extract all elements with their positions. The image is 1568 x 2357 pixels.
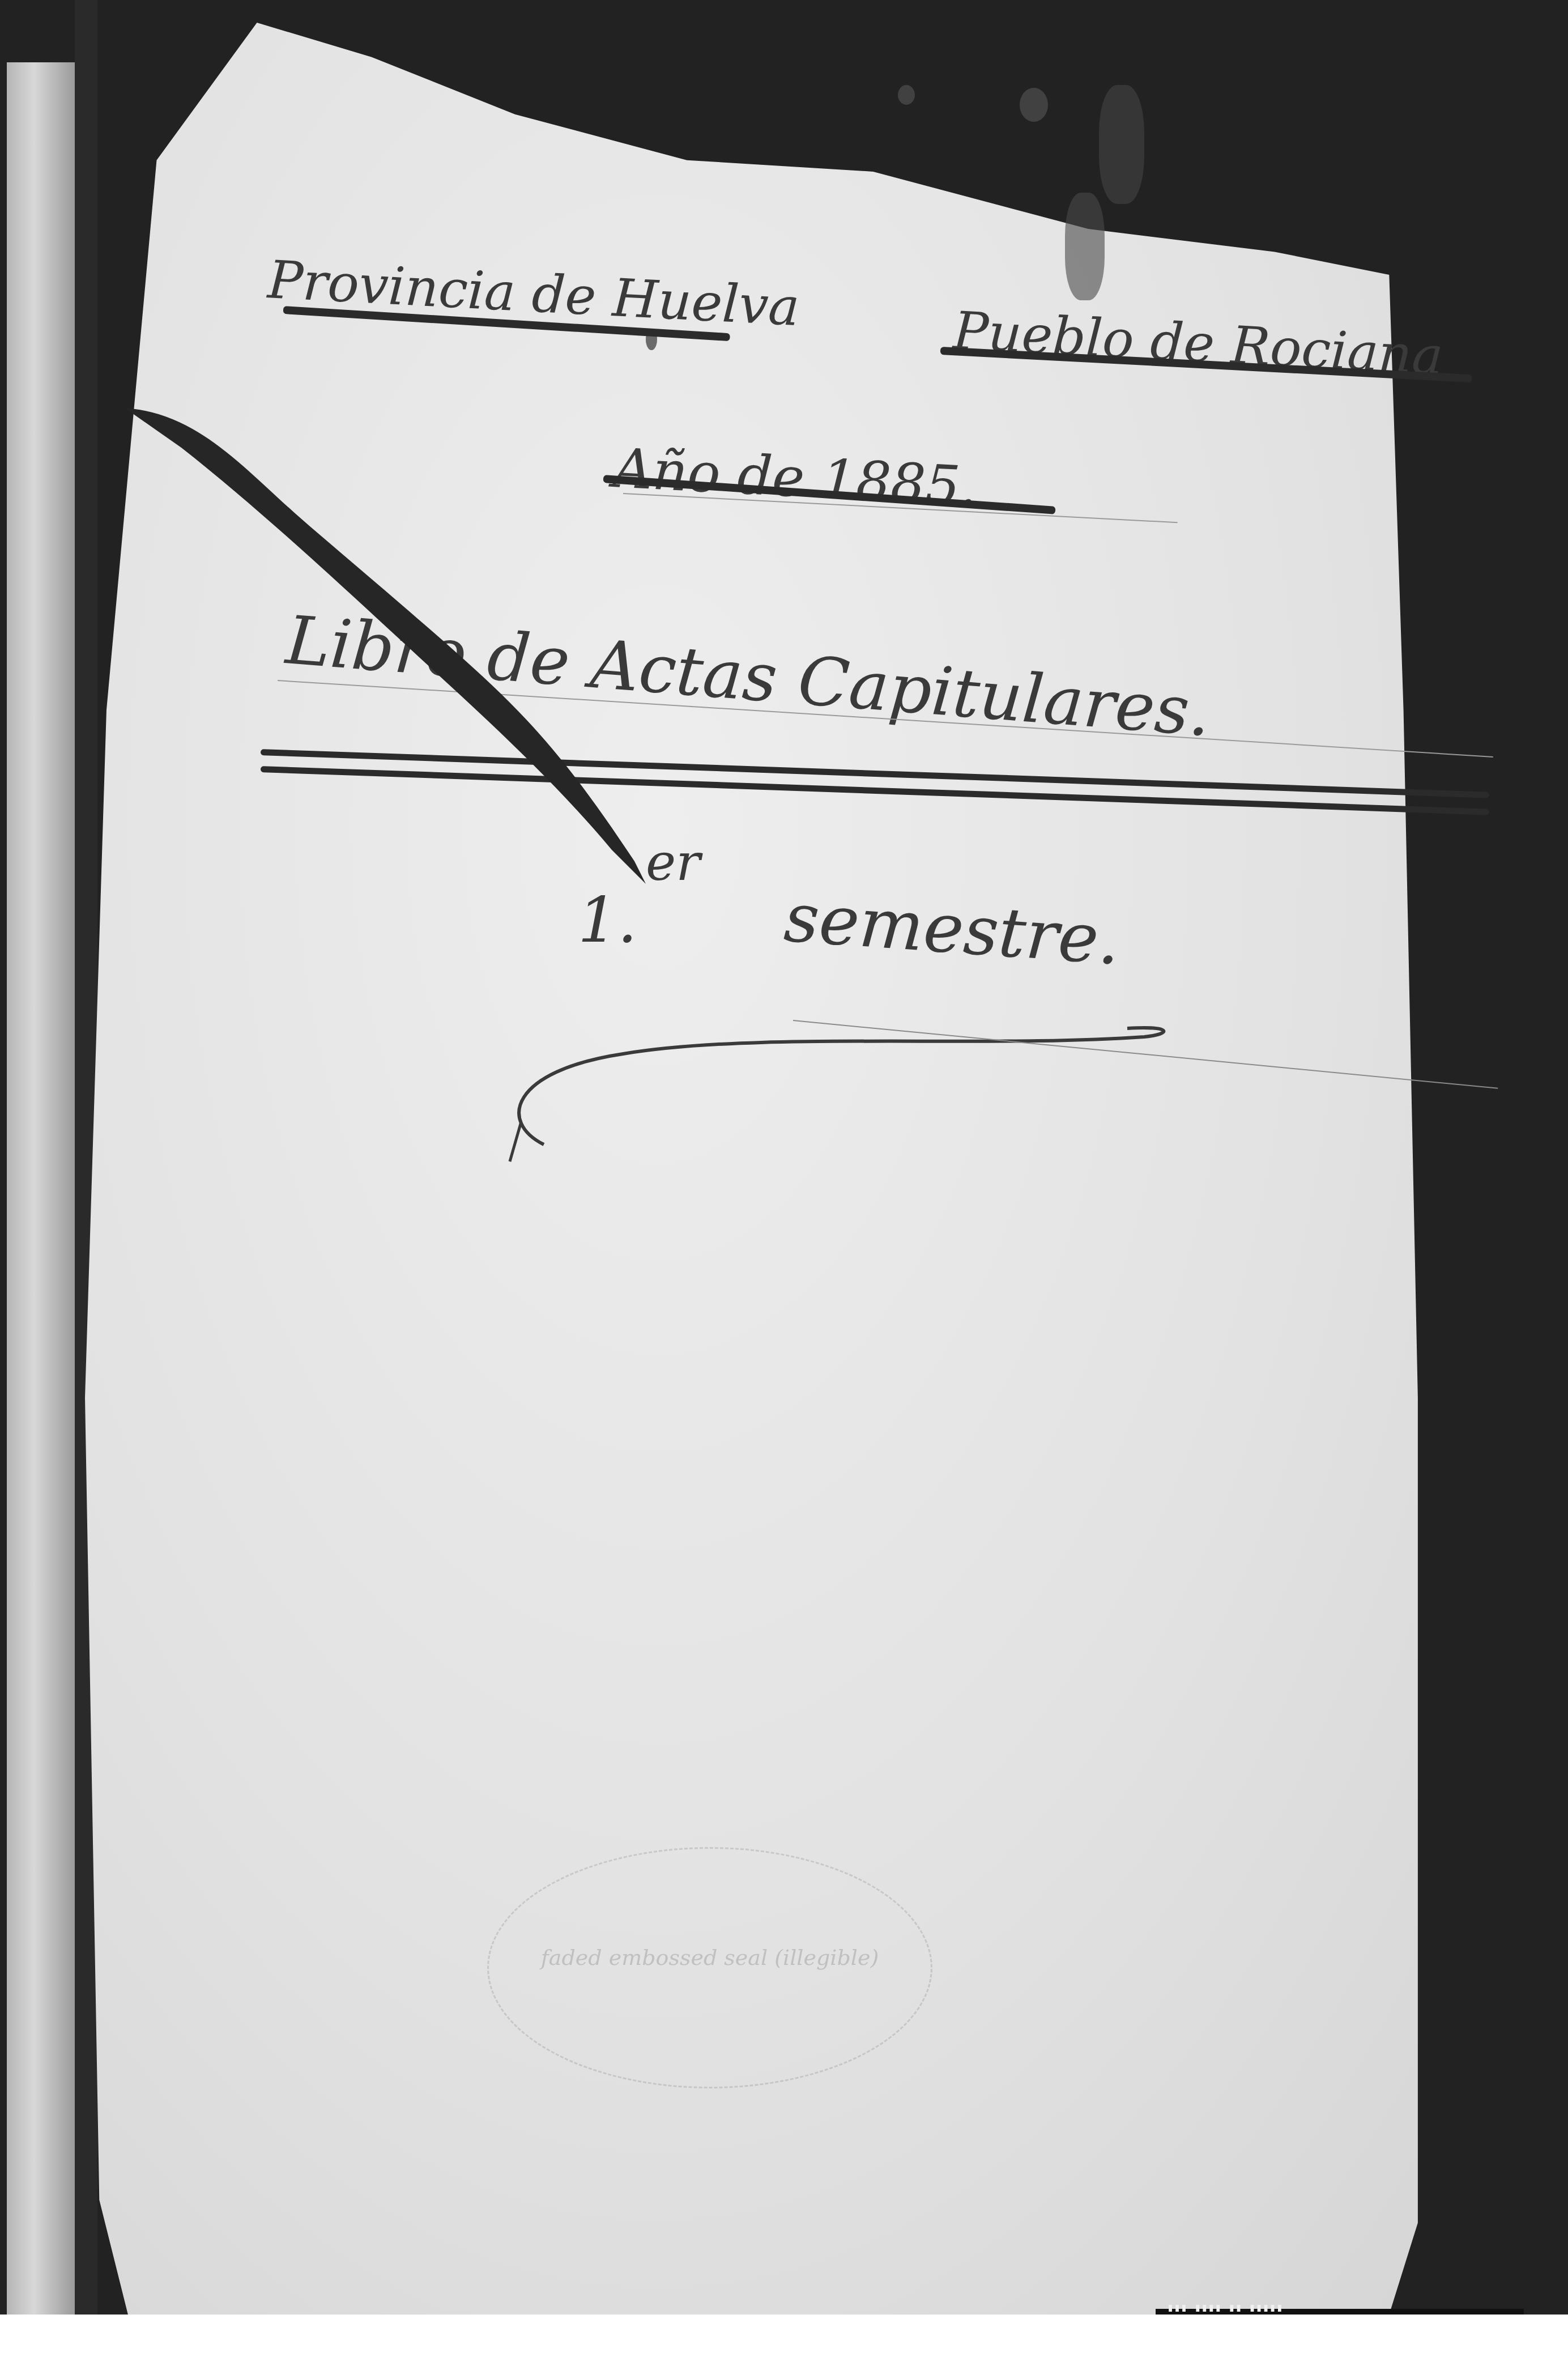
scanner-code: ▮▮▮ ▮▮▮▮ ▮▮ ▮▮▮▮▮ [1167,2300,1283,2314]
stamp-label: faded embossed seal (illegible) [489,1945,931,1970]
ink-stain [898,85,915,105]
semester-superscript: er [646,833,700,892]
book-binding-edge [7,62,75,2315]
semester-number: 1. [578,884,637,956]
faded-seal-stamp: faded embossed seal (illegible) [487,1847,932,2088]
decorative-flourish [476,1009,1190,1190]
water-stain [1065,193,1105,300]
ink-stain [1020,88,1048,122]
water-stain [1099,85,1144,204]
